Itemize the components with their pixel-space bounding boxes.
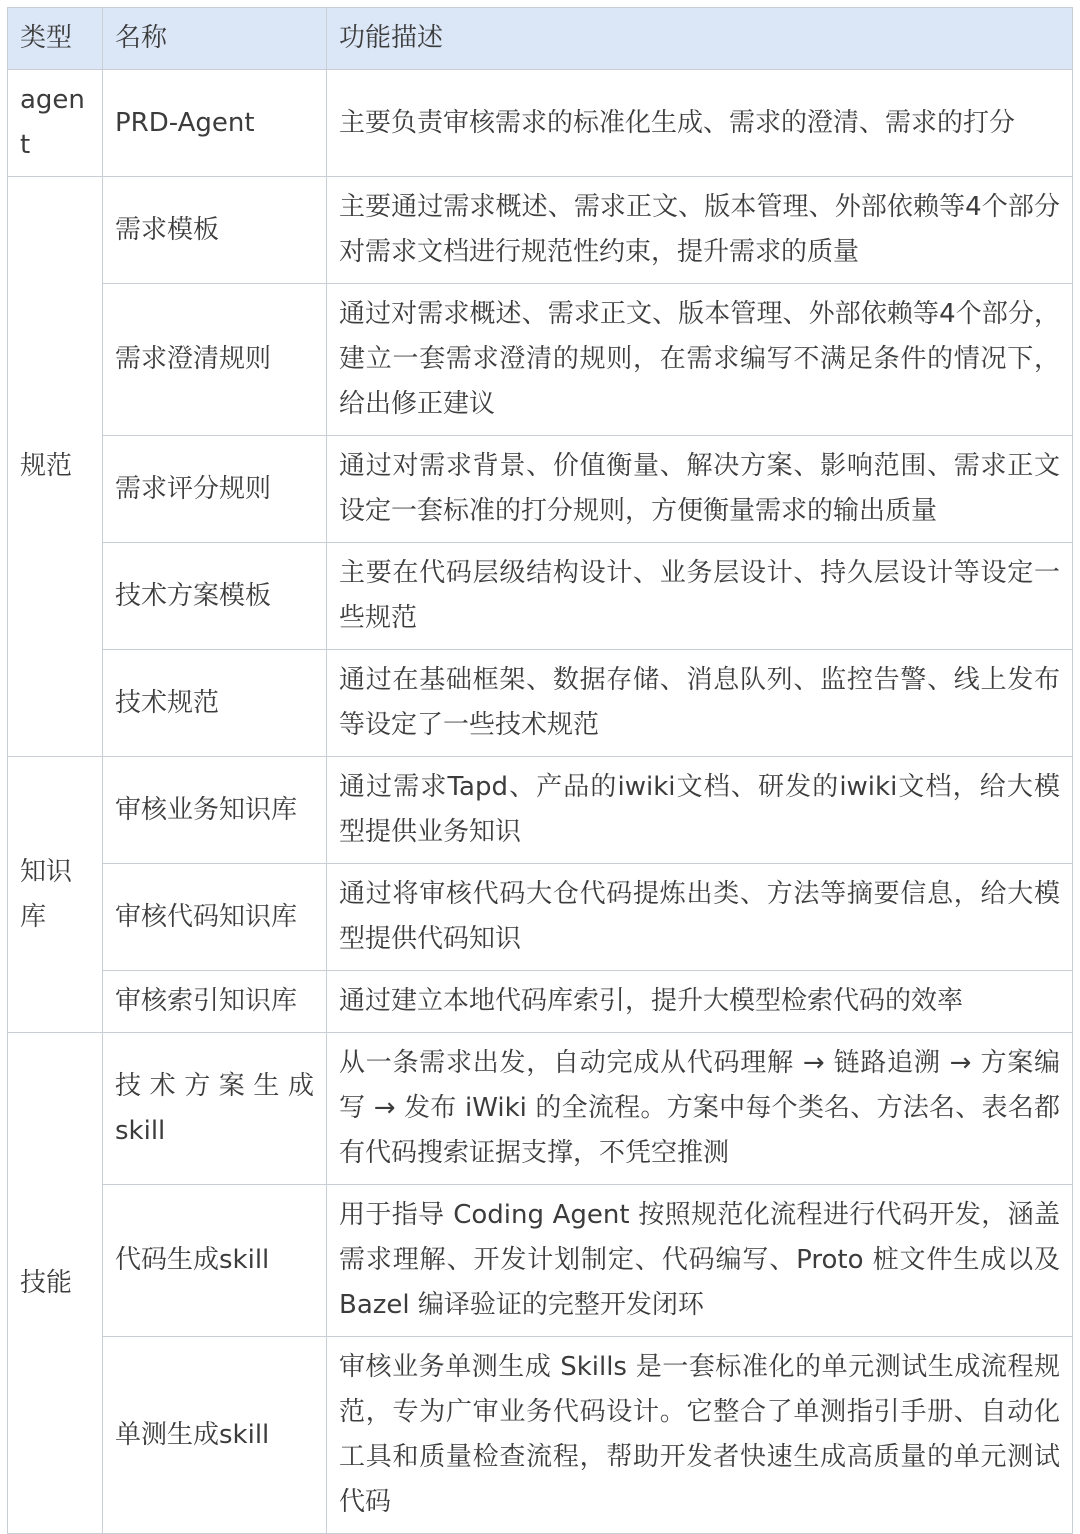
table-row: 技能 技术方案生成skill 从一条需求出发，自动完成从代码理解 → 链路追溯 … <box>8 1033 1073 1185</box>
name-cell: PRD-Agent <box>103 70 327 177</box>
description-cell: 主要通过需求概述、需求正文、版本管理、外部依赖等4个部分对需求文档进行规范性约束… <box>327 177 1073 284</box>
name-cell: 需求评分规则 <box>103 436 327 543</box>
type-cell-knowledge-base: 知识库 <box>8 757 103 1033</box>
description-cell: 通过需求Tapd、产品的iwiki文档、研发的iwiki文档，给大模型提供业务知… <box>327 757 1073 864</box>
name-cell: 审核业务知识库 <box>103 757 327 864</box>
name-cell: 代码生成skill <box>103 1185 327 1337</box>
type-cell-spec: 规范 <box>8 177 103 757</box>
description-cell: 通过对需求背景、价值衡量、解决方案、影响范围、需求正文设定一套标准的打分规则，方… <box>327 436 1073 543</box>
page: 类型 名称 功能描述 agent PRD-Agent 主要负责审核需求的标准化生… <box>0 0 1080 1433</box>
header-row: 类型 名称 功能描述 <box>8 8 1073 70</box>
type-cell-agent: agent <box>8 70 103 177</box>
description-cell: 通过对需求概述、需求正文、版本管理、外部依赖等4个部分，建立一套需求澄清的规则，… <box>327 284 1073 436</box>
table-row: agent PRD-Agent 主要负责审核需求的标准化生成、需求的澄清、需求的… <box>8 70 1073 177</box>
name-cell: 技术规范 <box>103 650 327 757</box>
table-row: 代码生成skill 用于指导 Coding Agent 按照规范化流程进行代码开… <box>8 1185 1073 1337</box>
name-cell: 技术方案生成skill <box>103 1033 327 1185</box>
table-row: 技术规范 通过在基础框架、数据存储、消息队列、监控告警、线上发布等设定了一些技术… <box>8 650 1073 757</box>
table-row: 需求评分规则 通过对需求背景、价值衡量、解决方案、影响范围、需求正文设定一套标准… <box>8 436 1073 543</box>
type-cell-skill: 技能 <box>8 1033 103 1534</box>
name-cell: 审核代码知识库 <box>103 864 327 971</box>
table-row: 单测生成skill 审核业务单测生成 Skills 是一套标准化的单元测试生成流… <box>8 1337 1073 1534</box>
description-cell: 主要负责审核需求的标准化生成、需求的澄清、需求的打分 <box>327 70 1073 177</box>
name-cell: 单测生成skill <box>103 1337 327 1534</box>
table-row: 规范 需求模板 主要通过需求概述、需求正文、版本管理、外部依赖等4个部分对需求文… <box>8 177 1073 284</box>
description-cell: 通过在基础框架、数据存储、消息队列、监控告警、线上发布等设定了一些技术规范 <box>327 650 1073 757</box>
name-cell: 技术方案模板 <box>103 543 327 650</box>
header-type: 类型 <box>8 8 103 70</box>
table-row: 需求澄清规则 通过对需求概述、需求正文、版本管理、外部依赖等4个部分，建立一套需… <box>8 284 1073 436</box>
name-cell: 需求模板 <box>103 177 327 284</box>
header-name: 名称 <box>103 8 327 70</box>
description-cell: 主要在代码层级结构设计、业务层设计、持久层设计等设定一些规范 <box>327 543 1073 650</box>
description-cell: 通过建立本地代码库索引，提升大模型检索代码的效率 <box>327 971 1073 1033</box>
description-cell: 审核业务单测生成 Skills 是一套标准化的单元测试生成流程规范，专为广审业务… <box>327 1337 1073 1534</box>
table-row: 审核索引知识库 通过建立本地代码库索引，提升大模型检索代码的效率 <box>8 971 1073 1033</box>
table-row: 审核代码知识库 通过将审核代码大仓代码提炼出类、方法等摘要信息，给大模型提供代码… <box>8 864 1073 971</box>
name-cell: 审核索引知识库 <box>103 971 327 1033</box>
table-row: 知识库 审核业务知识库 通过需求Tapd、产品的iwiki文档、研发的iwiki… <box>8 757 1073 864</box>
table-row: 技术方案模板 主要在代码层级结构设计、业务层设计、持久层设计等设定一些规范 <box>8 543 1073 650</box>
description-cell: 用于指导 Coding Agent 按照规范化流程进行代码开发，涵盖需求理解、开… <box>327 1185 1073 1337</box>
name-cell: 需求澄清规则 <box>103 284 327 436</box>
capability-table: 类型 名称 功能描述 agent PRD-Agent 主要负责审核需求的标准化生… <box>7 7 1073 1534</box>
description-cell: 从一条需求出发，自动完成从代码理解 → 链路追溯 → 方案编写 → 发布 iWi… <box>327 1033 1073 1185</box>
header-description: 功能描述 <box>327 8 1073 70</box>
description-cell: 通过将审核代码大仓代码提炼出类、方法等摘要信息，给大模型提供代码知识 <box>327 864 1073 971</box>
